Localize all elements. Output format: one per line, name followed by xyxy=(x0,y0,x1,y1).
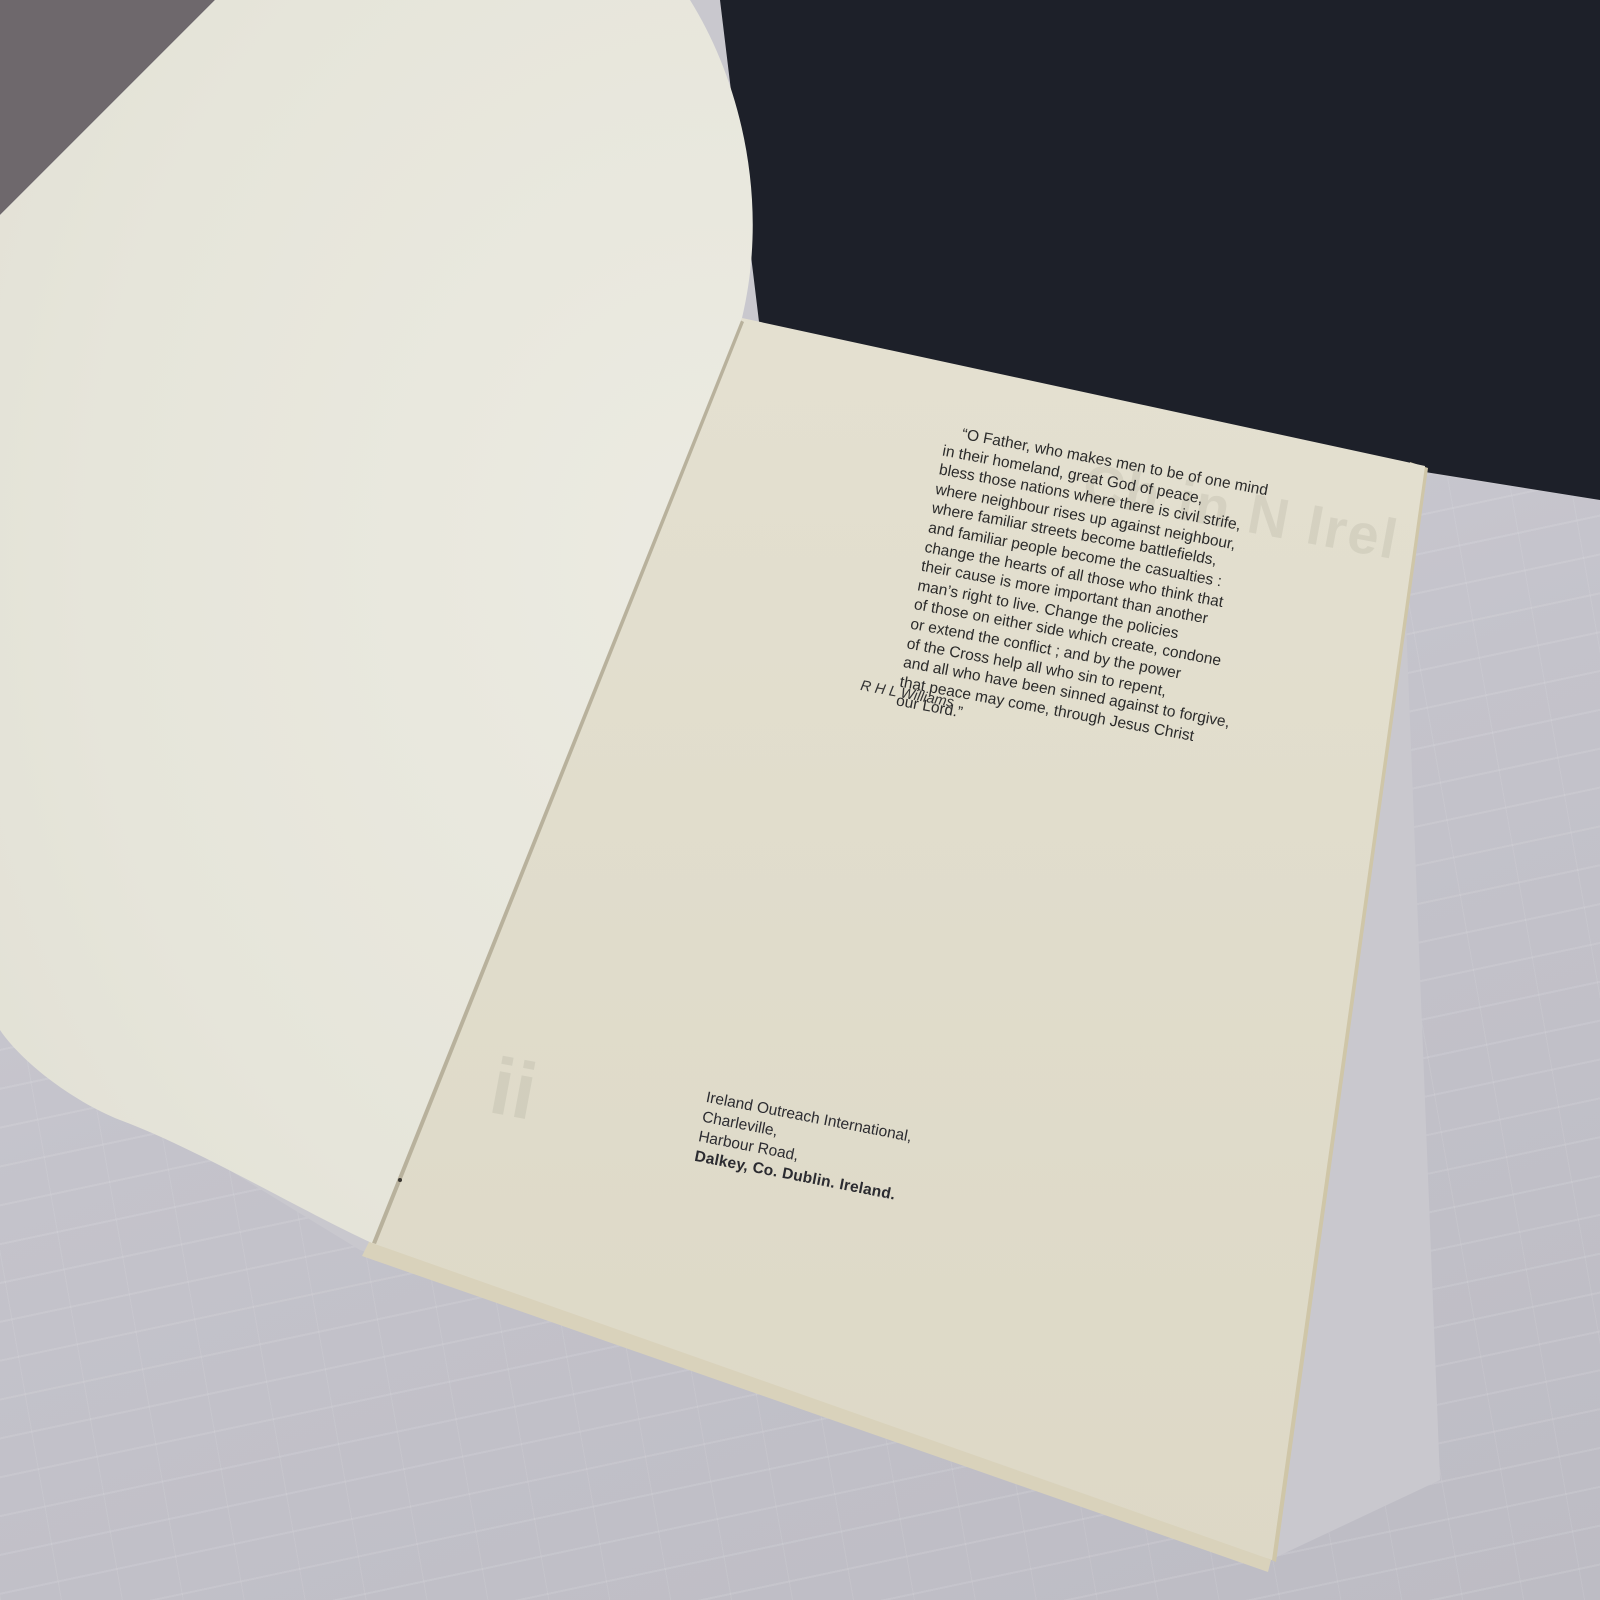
photo-scene: Ch in N Irel ii “O Father, who makes men… xyxy=(0,0,1600,1600)
staple-mark xyxy=(398,1178,402,1182)
